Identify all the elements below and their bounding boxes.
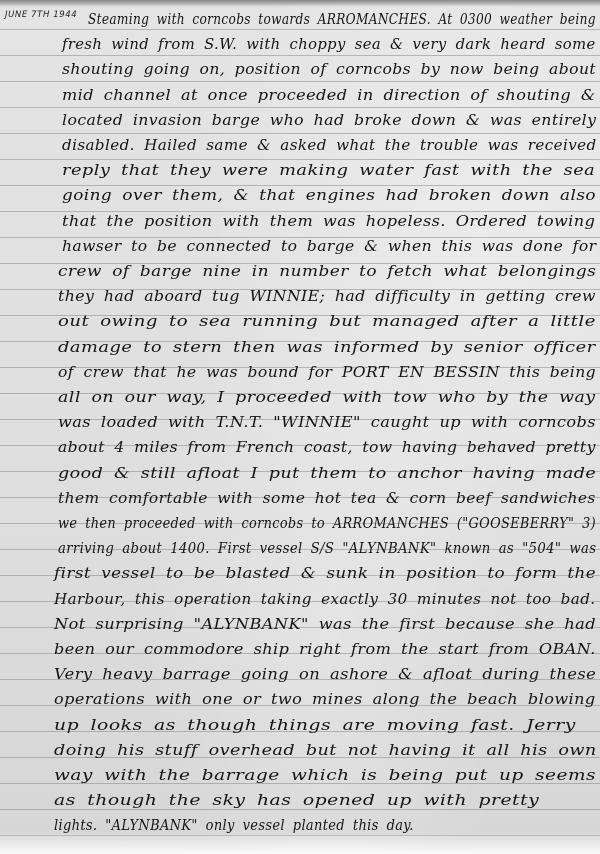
- text-line: out owing to sea running but managed aft…: [58, 312, 596, 330]
- text-line: about 4 miles from French coast, tow hav…: [58, 438, 596, 456]
- text-line: mid channel at once proceeded in directi…: [62, 86, 596, 104]
- text-line: of crew that he was bound for PORT EN BE…: [58, 363, 596, 381]
- text-line: located invasion barge who had broke dow…: [62, 111, 596, 129]
- text-line: Steaming with corncobs towards ARROMANCH…: [88, 10, 596, 28]
- text-line: shouting going on, position of corncobs …: [62, 60, 596, 78]
- text-line: arriving about 1400. First vessel S/S "A…: [58, 539, 596, 557]
- text-line: crew of barge nine in number to fetch wh…: [58, 262, 596, 280]
- text-line: damage to stern then was informed by sen…: [58, 338, 596, 356]
- text-line: disabled. Hailed same & asked what the t…: [62, 136, 597, 154]
- text-line: doing his stuff overhead but not having …: [54, 741, 597, 759]
- text-line: operations with one or two mines along t…: [54, 690, 596, 708]
- text-line: them comfortable with some hot tea & cor…: [58, 489, 596, 507]
- text-line: good & still afloat I put them to anchor…: [58, 464, 596, 482]
- text-line: fresh wind from S.W. with choppy sea & v…: [62, 35, 596, 53]
- text-line: as though the sky has opened up with pre…: [54, 791, 539, 809]
- text-line: Not surprising "ALYNBANK" was the first …: [54, 615, 596, 633]
- text-line: was loaded with T.N.T. "WINNIE" caught u…: [58, 413, 596, 431]
- page-bottom-edge: [0, 832, 600, 854]
- text-line: been our commodore ship right from the s…: [54, 640, 596, 658]
- text-line: way with the barrage which is being put …: [54, 766, 596, 784]
- text-line: reply that they were making water fast w…: [62, 161, 595, 179]
- text-line: they had aboard tug WINNIE; had difficul…: [58, 287, 596, 305]
- text-line: we then proceeded with corncobs to ARROM…: [58, 514, 596, 532]
- text-line: going over them, & that engines had brok…: [62, 186, 596, 204]
- text-line: Harbour, this operation taking exactly 3…: [54, 590, 596, 608]
- text-line: hawser to be connected to barge & when t…: [62, 237, 596, 255]
- text-line: Very heavy barrage going on ashore & afl…: [54, 665, 596, 683]
- text-line: that the position with them was hopeless…: [62, 212, 595, 230]
- text-line: all on our way, I proceeded with tow who…: [58, 388, 596, 406]
- text-line: first vessel to be blasted & sunk in pos…: [54, 564, 596, 582]
- diary-page: JUNE 7TH 1944 Steaming with corncobs tow…: [0, 0, 600, 854]
- text-line: up looks as though things are moving fas…: [54, 716, 576, 734]
- date-header: JUNE 7TH 1944: [5, 10, 77, 20]
- page-top-edge: [0, 0, 600, 6]
